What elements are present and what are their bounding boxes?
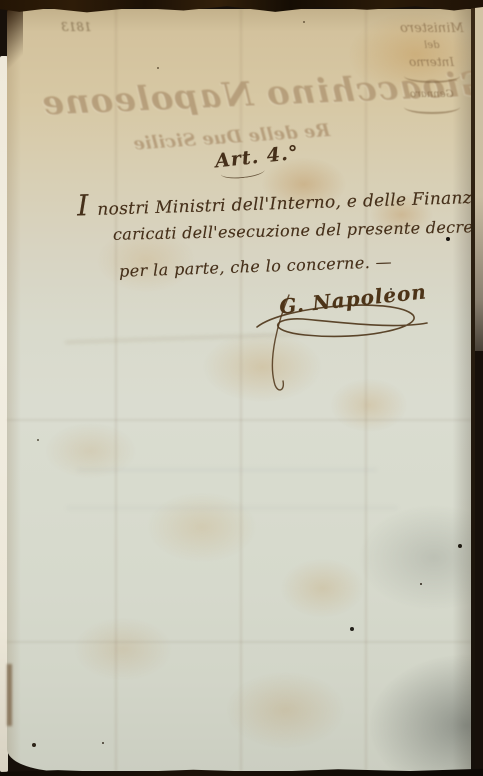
manuscript-page: 1813 Gioacchino Napoleone Re delle Due S… xyxy=(7,9,471,771)
bleedthrough-title: Gioacchino Napoleone xyxy=(40,66,445,124)
fold-line-horizontal xyxy=(7,641,471,643)
bleedthrough-ghost-line xyxy=(77,469,377,471)
fold-line-horizontal xyxy=(7,419,471,421)
body-line: I nostri Ministri dell'Interno, e delle … xyxy=(77,174,483,223)
body-line: per la parte, che lo concerne. — xyxy=(119,252,393,281)
bleedthrough-margin-note: Ministero del Interno Gennaro xyxy=(393,21,471,120)
corner-shadow xyxy=(7,9,23,71)
bleedthrough-ghost-line xyxy=(67,507,397,509)
article-heading: Art. 4.° xyxy=(214,142,300,173)
fold-line-vertical xyxy=(240,9,242,771)
signature-flourish xyxy=(245,289,435,399)
margin-note-line: Interno xyxy=(393,55,471,69)
worn-edge-mark xyxy=(7,664,12,726)
fold-line-vertical xyxy=(115,9,117,771)
bleedthrough-year-text: 1813 xyxy=(61,20,92,34)
bleedthrough-year: 1813 xyxy=(61,20,92,34)
margin-note-line: Ministero xyxy=(393,21,471,36)
margin-note-line: del xyxy=(393,40,471,51)
margin-note-line: Gennaro xyxy=(393,89,471,100)
margin-flourish xyxy=(404,74,460,83)
manuscript-photo: 1813 Gioacchino Napoleone Re delle Due S… xyxy=(0,0,483,776)
adjacent-page-right-edge xyxy=(475,6,483,351)
margin-flourish xyxy=(404,105,460,114)
